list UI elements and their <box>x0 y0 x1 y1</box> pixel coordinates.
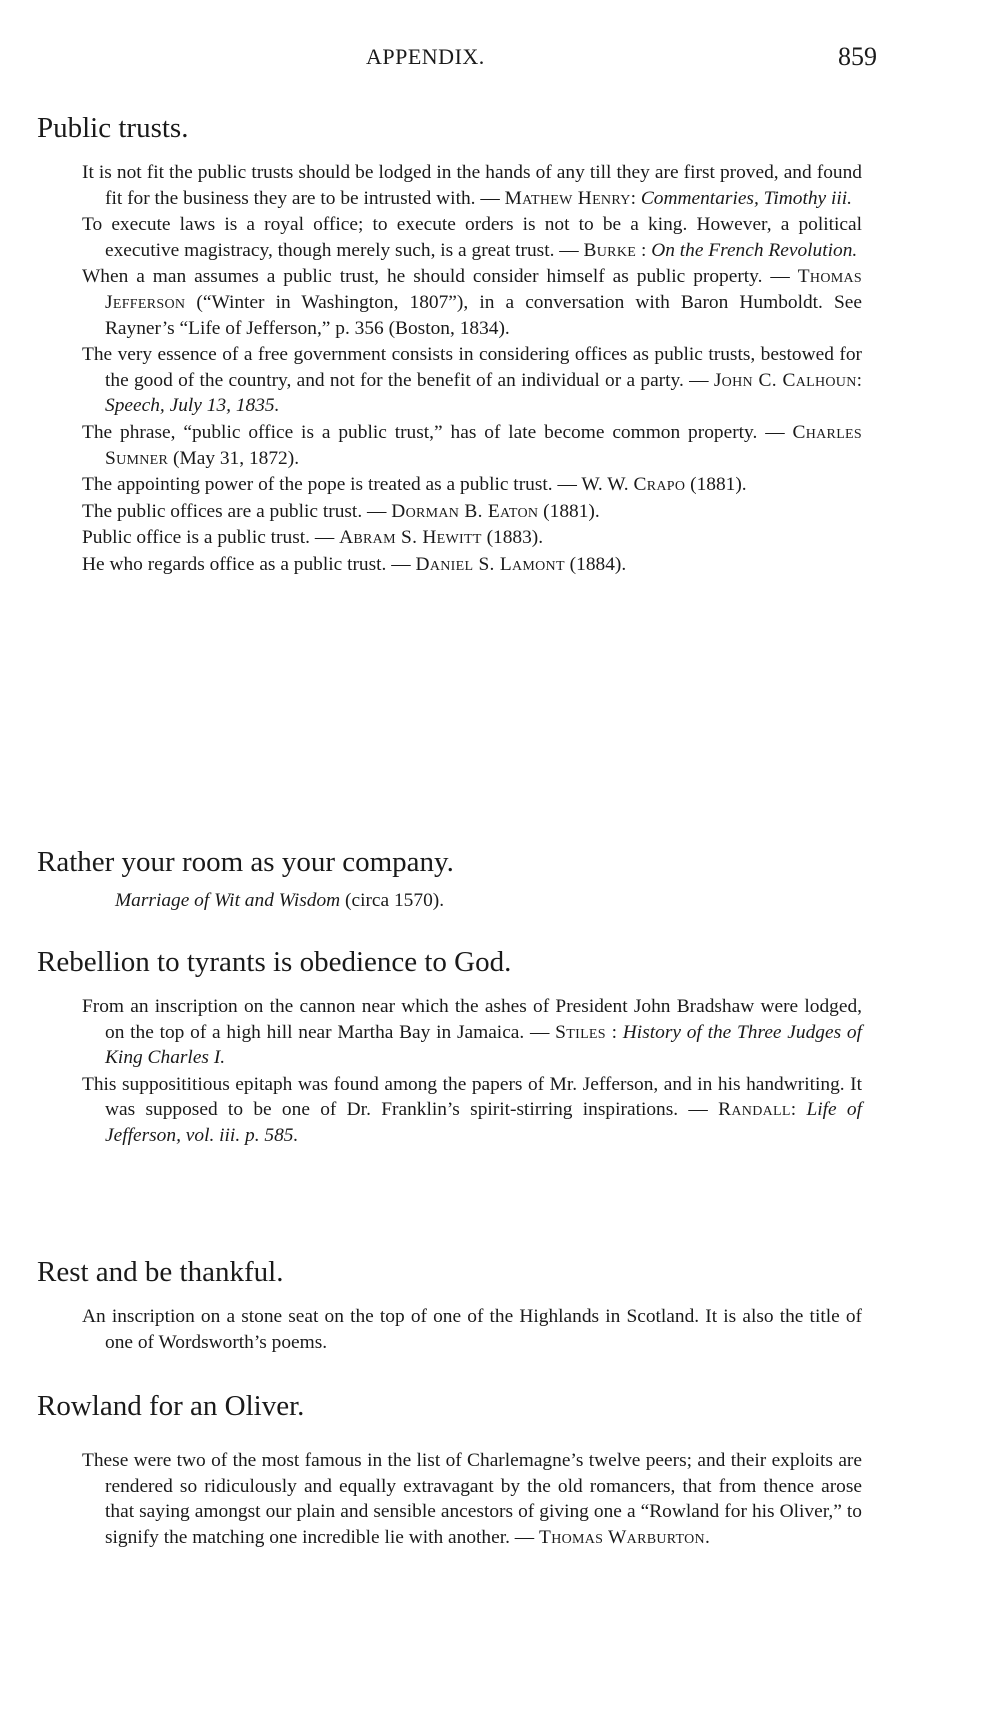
quote-entry: The appointing power of the pope is trea… <box>82 472 862 498</box>
running-title: APPENDIX. <box>366 44 485 70</box>
quote-entry: The phrase, “public office is a public t… <box>82 420 862 471</box>
quote-entry: Public office is a public trust. — Abram… <box>82 525 862 551</box>
quote-entry: This supposititious epitaph was found am… <box>82 1072 862 1149</box>
quote-entry: To execute laws is a royal office; to ex… <box>82 212 862 263</box>
quote-entry: An inscription on a stone seat on the to… <box>82 1304 862 1355</box>
author-name: Mathew Henry <box>505 188 631 209</box>
source-title: Speech, July 13, 1835. <box>105 395 279 416</box>
author-name: Burke <box>584 240 637 261</box>
quote-entry: These were two of the most famous in the… <box>82 1448 862 1550</box>
entry-list: An inscription on a stone seat on the to… <box>82 1304 862 1356</box>
source-title: Marriage of Wit and Wisdom <box>115 890 340 911</box>
entry-list: From an inscription on the cannon near w… <box>82 994 862 1150</box>
book-page: APPENDIX. 859 Public trusts. It is not f… <box>0 0 1000 1717</box>
section-heading: Rather your room as your company. <box>37 846 454 879</box>
author-name: Abram S. Hewitt <box>339 527 482 548</box>
section-heading: Rebellion to tyrants is obedience to God… <box>37 946 511 979</box>
quote-entry: The very essence of a free government co… <box>82 342 862 419</box>
quote-entry: When a man assumes a public trust, he sh… <box>82 264 862 341</box>
entry-list: It is not fit the public trusts should b… <box>82 160 862 579</box>
source-line: Marriage of Wit and Wisdom (circa 1570). <box>115 888 444 914</box>
quote-entry: From an inscription on the cannon near w… <box>82 994 862 1071</box>
entry-list: These were two of the most famous in the… <box>82 1448 862 1551</box>
author-name: Stiles <box>555 1022 606 1043</box>
author-name: Randall <box>718 1099 791 1120</box>
author-name: John C. Calhoun <box>714 370 857 391</box>
section-heading: Rowland for an Oliver. <box>37 1390 304 1423</box>
section-heading: Rest and be thankful. <box>37 1256 283 1289</box>
author-name: Crapo <box>633 474 685 495</box>
author-name: Dorman B. Eaton <box>391 501 538 522</box>
section-heading: Public trusts. <box>37 112 188 145</box>
author-name: Thomas Warburton <box>539 1527 705 1548</box>
page-number: 859 <box>838 42 877 72</box>
quote-entry: It is not fit the public trusts should b… <box>82 160 862 211</box>
source-title: Commentaries, Timothy iii. <box>641 188 852 209</box>
quote-entry: He who regards office as a public trust.… <box>82 552 862 578</box>
running-head: APPENDIX. 859 <box>0 44 1000 74</box>
quote-entry: The public offices are a public trust. —… <box>82 499 862 525</box>
source-title: On the French Revolution. <box>651 240 857 261</box>
author-name: Daniel S. Lamont <box>416 554 565 575</box>
